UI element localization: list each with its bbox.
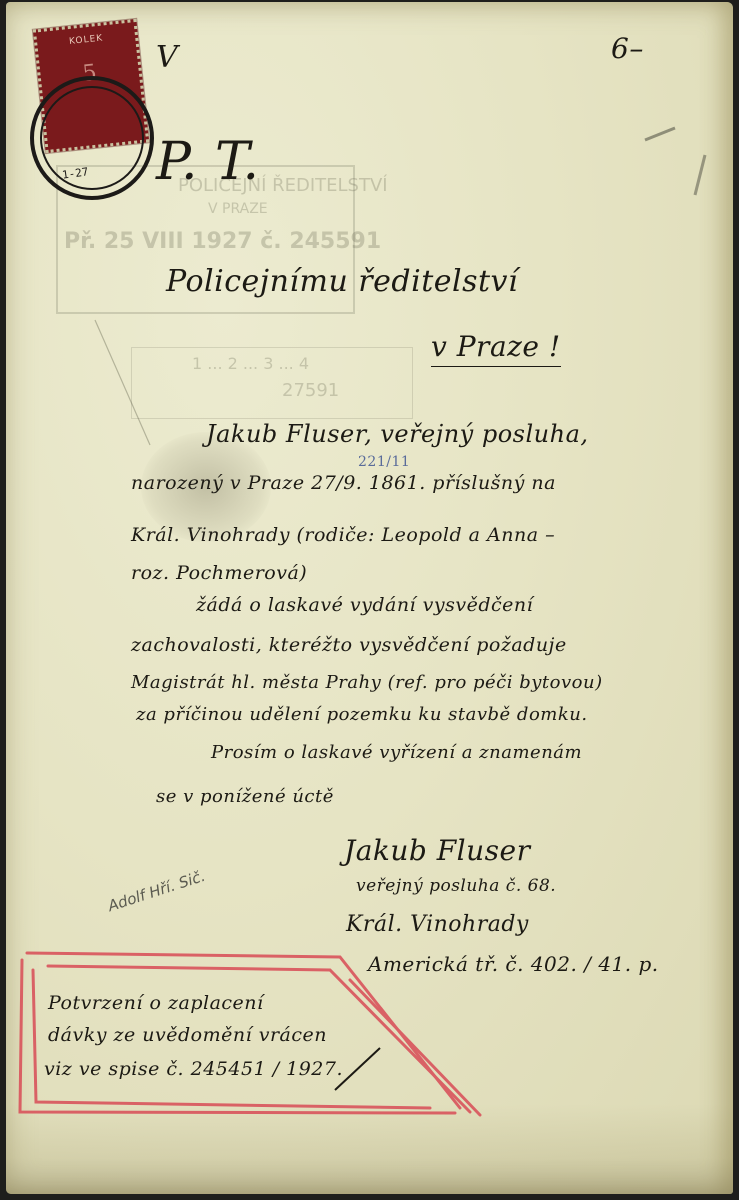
check-mark: V (156, 40, 178, 75)
paper-fold-shadow (6, 1104, 733, 1194)
paragraph-1-line-3: Král. Vinohrady (rodiče: Leopold a Anna … (131, 524, 555, 546)
registry-stamp-secondary: 1 ... 2 ... 3 ... 4 27591 (131, 347, 413, 419)
postmark-date: 1-27 (61, 165, 89, 182)
postmark-cancellation: 1-27 (30, 76, 154, 200)
signature-title: veřejný posluha č. 68. (356, 876, 556, 896)
paragraph-2-line-1: žádá o laskavé vydání vysvědčení (196, 594, 533, 616)
paragraph-2-line-4: za příčinou udělení pozemku ku stavbě do… (136, 704, 588, 725)
red-box-line-2: dávky ze uvědomění vrácen (48, 1024, 327, 1046)
revenue-stamp-label: KOLEK (37, 30, 136, 50)
addressee-line2: v Praze ! (431, 330, 561, 367)
paragraph-2-line-2: zachovalosti, kteréžto vysvědčení požadu… (131, 634, 567, 656)
paragraph-1-line-2: narozený v Praze 27/9. 1861. příslušný n… (131, 472, 556, 494)
reference-annotation: 221/11 (358, 454, 410, 470)
paragraph-3-line-1: Prosím o laskavé vyřízení a znamenám (211, 742, 582, 763)
signature-address: Americká tř. č. 402. / 41. p. (368, 952, 659, 976)
salutation: P. T. (156, 132, 260, 192)
paragraph-3-line-2: se v ponížené úctě (156, 786, 334, 807)
registry-stamp2-line1: 1 ... 2 ... 3 ... 4 (192, 354, 309, 373)
page-number: 6– (611, 32, 644, 65)
paragraph-1-line-1: Jakub Fluser, veřejný posluha, (206, 420, 589, 448)
red-box-line-3: viz ve spise č. 245451 / 1927. (44, 1058, 343, 1080)
registry-stamp-line3: Př. 25 VIII 1927 č. 245591 (64, 229, 381, 254)
registry-stamp2-line2: 27591 (282, 380, 339, 401)
addressee-line1: Policejnímu ředitelství (166, 264, 518, 299)
signature-name: Jakub Fluser (344, 834, 530, 867)
registry-stamp-line2: V PRAZE (208, 201, 268, 217)
document-page: POLICEJNÍ ŘEDITELSTVÍ V PRAZE Př. 25 VII… (6, 2, 733, 1194)
paragraph-2-line-3: Magistrát hl. města Prahy (ref. pro péči… (131, 672, 603, 693)
red-box-line-1: Potvrzení o zaplacení (48, 992, 264, 1014)
pencil-note: Adolf Hří. Sič. (106, 867, 208, 915)
signature-district: Král. Vinohrady (346, 912, 529, 937)
paragraph-1-line-4: roz. Pochmerová) (131, 562, 307, 584)
